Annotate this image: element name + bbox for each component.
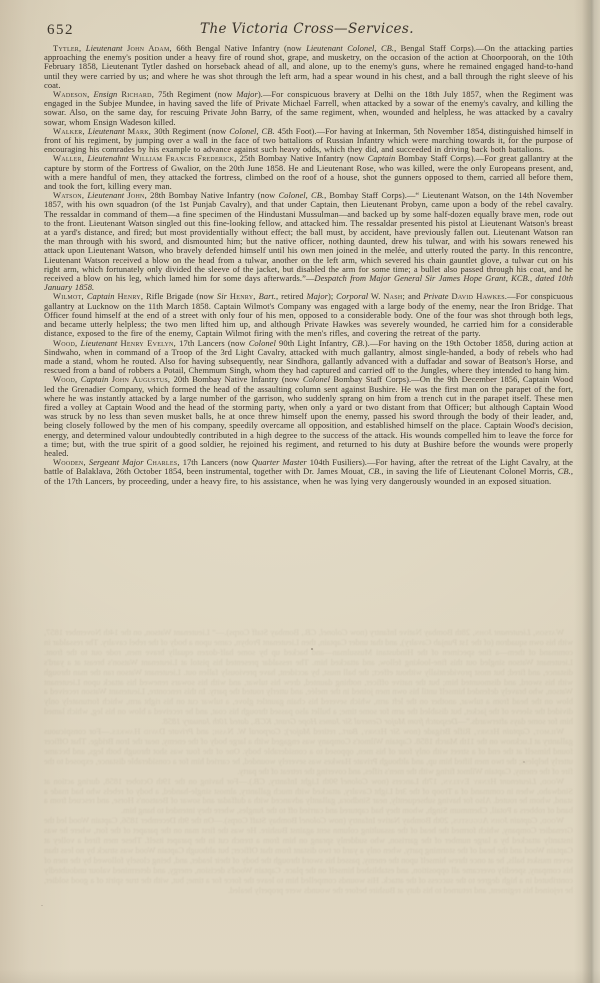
paragraph: Wood, Captain John Augustus, 20th Bombay…: [44, 375, 573, 458]
paper-speck: [41, 905, 43, 906]
paragraph: Wood, Lieutenant Henry Evelyn, 17th Lanc…: [44, 339, 573, 376]
paragraph: Walker, Lieutenant Mark, 30th Regiment (…: [44, 127, 573, 155]
paragraph: Wood, Lieutenant Henry Evelyn, 17th Lanc…: [44, 777, 573, 817]
paper-speck: [523, 761, 525, 763]
page-header: 652 The Victoria Cross—Services.: [44, 21, 570, 41]
paragraph: Wilmot, Captain Henry, Rifle Brigade (no…: [44, 727, 573, 777]
paper-speck: [311, 648, 313, 650]
bleedthrough-text: Watson, Lieutenant John, 28th Bombay Nat…: [44, 628, 573, 946]
page-bottom-shadow: [0, 969, 600, 983]
paragraph: Wooden, Sergeant Major Charles, 17th Lan…: [44, 458, 573, 486]
page-right-edge: [574, 0, 600, 983]
book-page: 652 The Victoria Cross—Services. Tytler,…: [0, 0, 600, 983]
paragraph: Wadeson, Ensign Richard, 75th Regiment (…: [44, 90, 573, 127]
text-block: Tytler, Lieutenant John Adam, 66th Benga…: [44, 44, 573, 486]
paragraph: Tytler, Lieutenant John Adam, 66th Benga…: [44, 44, 573, 90]
paragraph: Wood, Captain John Augustus, 20th Bombay…: [44, 816, 573, 895]
paragraph: Watson, Lieutenant John, 28th Bombay Nat…: [44, 191, 573, 292]
paragraph: Wilmot, Captain Henry, Rifle Brigade (no…: [44, 292, 573, 338]
paragraph: Watson, Lieutenant John, 28th Bombay Nat…: [44, 628, 573, 727]
paragraph: Waller, Lieutenahnt William Francis Fred…: [44, 154, 573, 191]
running-title: The Victoria Cross—Services.: [44, 21, 570, 37]
